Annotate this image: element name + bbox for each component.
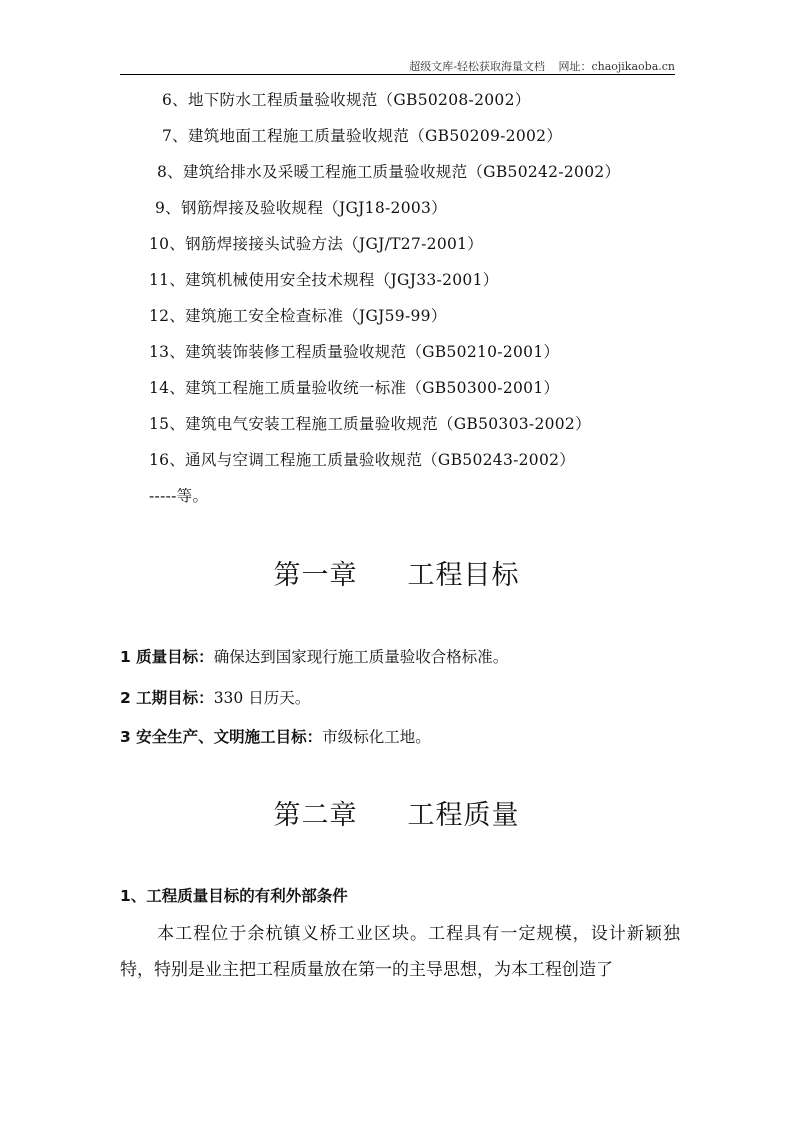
list-item: 8、建筑给排水及采暖工程施工质量验收规范（GB50242-2002） [157,160,620,182]
list-item-etc: -----等。 [149,484,208,506]
header-site-name: 超级文库-轻松获取海量文档 [409,60,545,73]
goal-label: 3 安全生产、文明施工目标： [120,728,322,746]
list-item: 10、钢筋焊接接头试验方法（JGJ/T27-2001） [149,232,483,254]
goal-label: 2 工期目标： [120,689,214,707]
list-item: 6、地下防水工程质量验收规范（GB50208-2002） [162,88,531,110]
chapter-number: 第一章 [274,560,358,591]
goal-value: 市级标化工地。 [322,728,431,746]
goal-value: 确保达到国家现行施工质量验收合格标准。 [214,648,509,666]
list-item: 13、建筑装饰装修工程质量验收规范（GB50210-2001） [149,340,559,362]
paragraph-text: 本工程位于余杭镇义桥工业区块。工程具有一定规模，设计新颖独特，特别是业主把工程质… [120,924,680,980]
section-heading: 1、工程质量目标的有利外部条件 [120,884,348,906]
body-paragraph: 本工程位于余杭镇义桥工业区块。工程具有一定规模，设计新颖独特，特别是业主把工程质… [120,916,680,988]
goal-value: 330 日历天。 [214,689,311,707]
chapter-number: 第二章 [274,800,358,831]
header-url: 网址：chaojikaoba.cn [558,60,675,73]
page-header: 超级文库-轻松获取海量文档 网址：chaojikaoba.cn [120,58,675,75]
goal-quality: 1 质量目标：确保达到国家现行施工质量验收合格标准。 [120,645,508,667]
list-item: 9、钢筋焊接及验收规程（JGJ18-2003） [155,196,447,218]
list-item: 14、建筑工程施工质量验收统一标准（GB50300-2001） [149,376,559,398]
list-item: 16、通风与空调工程施工质量验收规范（GB50243-2002） [149,448,575,470]
goal-label: 1 质量目标： [120,648,214,666]
chapter-title: 工程目标 [408,560,520,591]
list-item: 7、建筑地面工程施工质量验收规范（GB50209-2002） [162,124,562,146]
goal-safety: 3 安全生产、文明施工目标：市级标化工地。 [120,725,431,747]
chapter-heading-1: 第一章工程目标 [0,553,793,592]
list-item: 15、建筑电气安装工程施工质量验收规范（GB50303-2002） [149,412,591,434]
list-item: 12、建筑施工安全检查标准（JGJ59-99） [149,304,447,326]
goal-schedule: 2 工期目标：330 日历天。 [120,686,310,708]
chapter-heading-2: 第二章工程质量 [0,793,793,832]
list-item: 11、建筑机械使用安全技术规程（JGJ33-2001） [149,268,499,290]
chapter-title: 工程质量 [408,800,520,831]
